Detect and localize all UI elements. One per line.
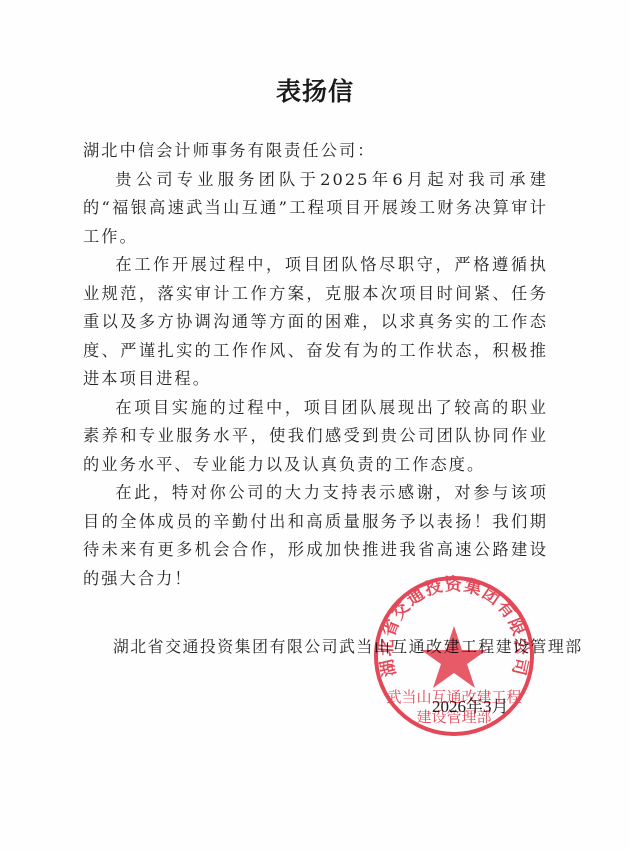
- letter-body: 湖北中信会计师事务有限责任公司： 贵公司专业服务团队于2025年6月起对我司承建…: [83, 137, 548, 593]
- letter-page: 表扬信 湖北中信会计师事务有限责任公司： 贵公司专业服务团队于2025年6月起对…: [0, 0, 630, 850]
- salutation: 湖北中信会计师事务有限责任公司：: [83, 137, 548, 166]
- seal-inner-line-1: 武当山互通改建工程: [386, 688, 521, 706]
- paragraph-2: 在工作开展过程中，项目团队恪尽职守，严格遵循执业规范，落实审计工作方案，克服本次…: [83, 251, 548, 394]
- star-icon: [421, 626, 487, 688]
- seal-inner-line-2: 建设管理部: [416, 708, 491, 726]
- paragraph-3: 在项目实施的过程中，项目团队展现出了较高的职业素养和专业服务水平，使我们感受到贵…: [83, 394, 548, 480]
- page-title: 表扬信: [0, 72, 630, 108]
- paragraph-1: 贵公司专业服务团队于2025年6月起对我司承建的“福银高速武当山互通”工程项目开…: [83, 166, 548, 252]
- official-seal-icon: 湖北省交通投资集团有限公司 武当山互通改建工程 建设管理部: [372, 574, 536, 738]
